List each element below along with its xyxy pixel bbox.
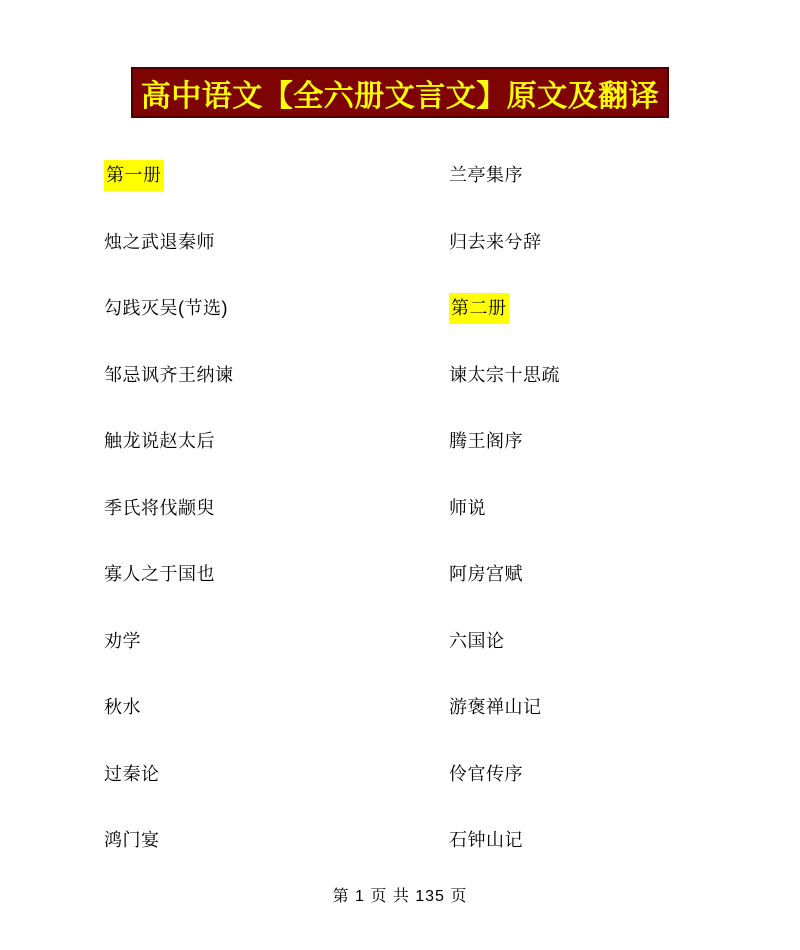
toc-item-text: 阿房宫赋 xyxy=(449,564,523,584)
toc-item: 游褒禅山记 xyxy=(449,692,696,759)
section-header-volume2: 第二册 xyxy=(449,293,696,360)
title-banner: 高中语文【全六册文言文】原文及翻译 xyxy=(131,67,669,118)
toc-item-text: 秋水 xyxy=(104,697,141,717)
toc-item-text: 伶官传序 xyxy=(449,764,523,784)
toc-item-text: 兰亭集序 xyxy=(449,165,523,185)
toc-item-text: 邹忌讽齐王纳谏 xyxy=(104,365,234,385)
toc-item: 劝学 xyxy=(104,626,449,693)
toc-item: 六国论 xyxy=(449,626,696,693)
toc-item: 归去来兮辞 xyxy=(449,227,696,294)
toc-item-text: 勾践灭吴(节选) xyxy=(104,298,228,318)
toc-item-text: 季氏将伐颛臾 xyxy=(104,498,215,518)
toc-item: 谏太宗十思疏 xyxy=(449,360,696,427)
toc-item-text: 鸿门宴 xyxy=(104,830,160,850)
toc-item-text: 寡人之于国也 xyxy=(104,564,215,584)
toc-item: 勾践灭吴(节选) xyxy=(104,293,449,360)
toc-item: 过秦论 xyxy=(104,759,449,826)
toc-item: 石钟山记 xyxy=(449,825,696,892)
page-footer: 第 1 页 共 135 页 xyxy=(0,889,800,905)
document-title: 高中语文【全六册文言文】原文及翻译 xyxy=(141,71,660,115)
toc-item-text: 石钟山记 xyxy=(449,830,523,850)
toc-item: 触龙说赵太后 xyxy=(104,426,449,493)
toc-item-text: 归去来兮辞 xyxy=(449,232,542,252)
toc-item-text: 师说 xyxy=(449,498,486,518)
toc-item: 腾王阁序 xyxy=(449,426,696,493)
page-number-label: 第 1 页 共 135 页 xyxy=(333,888,468,905)
toc-item-text: 烛之武退秦师 xyxy=(104,232,215,252)
toc-item-text: 触龙说赵太后 xyxy=(104,431,215,451)
document-page: 高中语文【全六册文言文】原文及翻译 第一册 烛之武退秦师 勾践灭吴(节选) 邹忌… xyxy=(0,0,800,950)
section-header-volume1-text: 第一册 xyxy=(104,160,164,191)
toc-item-text: 过秦论 xyxy=(104,764,160,784)
toc-item: 阿房宫赋 xyxy=(449,559,696,626)
toc-item: 季氏将伐颛臾 xyxy=(104,493,449,560)
section-header-volume1: 第一册 xyxy=(104,160,449,227)
toc-item-text: 腾王阁序 xyxy=(449,431,523,451)
table-of-contents: 第一册 烛之武退秦师 勾践灭吴(节选) 邹忌讽齐王纳谏 触龙说赵太后 季氏将伐颛… xyxy=(104,160,696,892)
toc-item: 兰亭集序 xyxy=(449,160,696,227)
toc-item: 邹忌讽齐王纳谏 xyxy=(104,360,449,427)
toc-item: 烛之武退秦师 xyxy=(104,227,449,294)
section-header-volume2-text: 第二册 xyxy=(449,293,509,324)
toc-item: 师说 xyxy=(449,493,696,560)
toc-item: 寡人之于国也 xyxy=(104,559,449,626)
toc-item-text: 六国论 xyxy=(449,631,505,651)
toc-item-text: 游褒禅山记 xyxy=(449,697,542,717)
toc-item: 伶官传序 xyxy=(449,759,696,826)
toc-item: 秋水 xyxy=(104,692,449,759)
toc-item-text: 谏太宗十思疏 xyxy=(449,365,560,385)
toc-item: 鸿门宴 xyxy=(104,825,449,892)
toc-item-text: 劝学 xyxy=(104,631,141,651)
